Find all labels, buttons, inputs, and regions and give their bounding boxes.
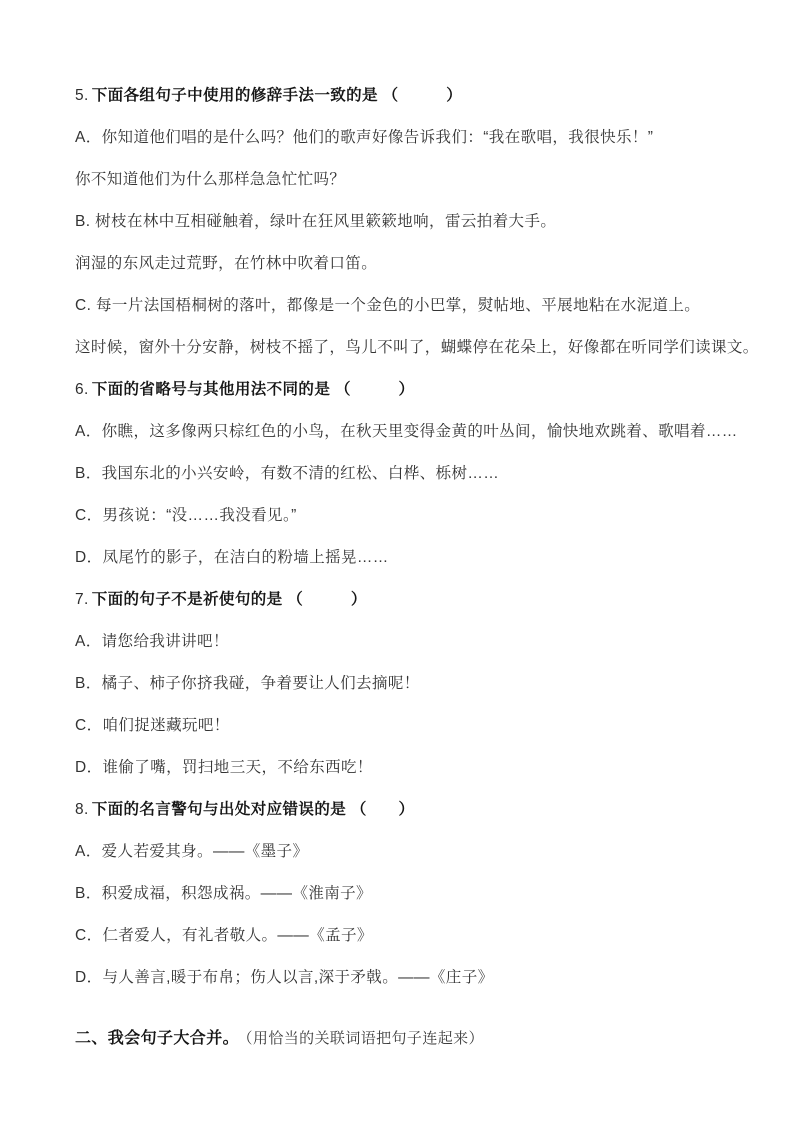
- question-6-option-d: D．凤尾竹的影子，在洁白的粉墙上摇晃……: [75, 548, 743, 568]
- question-title: 下面各组句子中使用的修辞手法一致的是 （ ）: [92, 87, 462, 104]
- worksheet-page: 5.下面各组句子中使用的修辞手法一致的是 （ ） A．你知道他们唱的是什么吗？他…: [0, 0, 793, 1122]
- question-title: 下面的句子不是祈使句的是 （ ）: [92, 591, 367, 608]
- question-7-option-b: B．橘子、柿子你挤我碰，争着要让人们去摘呢！: [75, 674, 743, 694]
- question-8-option-b: B．积爱成福，积怨成祸。——《淮南子》: [75, 884, 743, 904]
- question-5-option-b-continued: 润湿的东风走过荒野，在竹林中吹着口笛。: [75, 254, 743, 274]
- question-6: 6.下面的省略号与其他用法不同的是 （ ） A．你瞧，这多像两只棕红色的小鸟，在…: [75, 380, 743, 568]
- question-5-option-b: B. 树枝在林中互相碰触着，绿叶在狂风里簌簌地响，雷云拍着大手。: [75, 212, 743, 232]
- question-5-option-c-continued: 这时候，窗外十分安静，树枝不摇了，鸟儿不叫了，蝴蝶停在花朵上，好像都在听同学们读…: [75, 338, 743, 358]
- question-8-option-c: C．仁者爱人，有礼者敬人。——《孟子》: [75, 926, 743, 946]
- question-7-option-a: A．请您给我讲讲吧！: [75, 632, 743, 652]
- question-8-option-d: D．与人善言,暖于布帛；伤人以言,深于矛戟。——《庄子》: [75, 968, 743, 988]
- question-6-option-c: C．男孩说：“没……我没看见。”: [75, 506, 743, 526]
- question-6-option-b: B．我国东北的小兴安岭，有数不清的红松、白桦、栎树……: [75, 464, 743, 484]
- question-7-option-c: C．咱们捉迷藏玩吧！: [75, 716, 743, 736]
- question-title: 下面的名言警句与出处对应错误的是 （ ）: [92, 801, 415, 818]
- question-number: 8.: [75, 801, 89, 818]
- question-5-option-a-continued: 你不知道他们为什么那样急急忙忙吗？: [75, 170, 743, 190]
- question-number: 5.: [75, 87, 89, 104]
- section-two-subtitle: （用恰当的关联词语把句子连起来）: [245, 1030, 484, 1047]
- question-8-option-a: A．爱人若爱其身。——《墨子》: [75, 842, 743, 862]
- question-5-option-a: A．你知道他们唱的是什么吗？他们的歌声好像告诉我们：“我在歌唱，我很快乐！”: [75, 128, 743, 148]
- question-5-heading: 5.下面各组句子中使用的修辞手法一致的是 （ ）: [75, 86, 743, 106]
- section-two-title: 二、我会句子大合并。: [75, 1030, 239, 1047]
- section-two-heading: 二、我会句子大合并。（用恰当的关联词语把句子连起来）: [75, 1029, 743, 1049]
- question-7-heading: 7.下面的句子不是祈使句的是 （ ）: [75, 590, 743, 610]
- question-number: 7.: [75, 591, 89, 608]
- question-7-option-d: D．谁偷了嘴，罚扫地三天，不给东西吃！: [75, 758, 743, 778]
- question-6-option-a: A．你瞧，这多像两只棕红色的小鸟，在秋天里变得金黄的叶丛间，愉快地欢跳着、歌唱着…: [75, 422, 743, 442]
- question-title: 下面的省略号与其他用法不同的是 （ ）: [92, 381, 415, 398]
- question-7: 7.下面的句子不是祈使句的是 （ ） A．请您给我讲讲吧！ B．橘子、柿子你挤我…: [75, 590, 743, 778]
- section-two: 二、我会句子大合并。（用恰当的关联词语把句子连起来）: [75, 1029, 743, 1049]
- question-number: 6.: [75, 381, 89, 398]
- question-6-heading: 6.下面的省略号与其他用法不同的是 （ ）: [75, 380, 743, 400]
- question-8-heading: 8.下面的名言警句与出处对应错误的是 （ ）: [75, 800, 743, 820]
- question-5: 5.下面各组句子中使用的修辞手法一致的是 （ ） A．你知道他们唱的是什么吗？他…: [75, 86, 743, 358]
- question-8: 8.下面的名言警句与出处对应错误的是 （ ） A．爱人若爱其身。——《墨子》 B…: [75, 800, 743, 988]
- question-5-option-c: C. 每一片法国梧桐树的落叶，都像是一个金色的小巴掌，熨帖地、平展地粘在水泥道上…: [75, 296, 743, 316]
